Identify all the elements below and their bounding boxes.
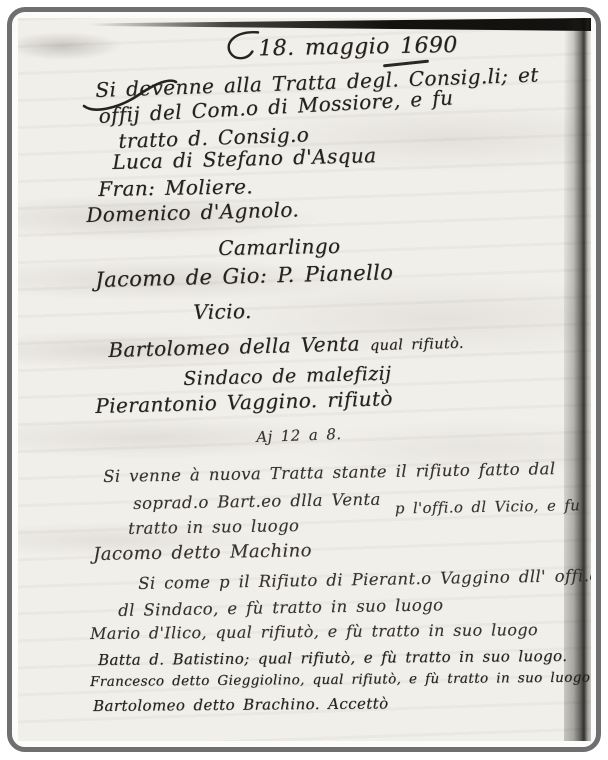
line-text: Si come p il Rifiuto di Pierant.o Vaggin… [138,566,591,593]
manuscript-paper: 18. maggio 1690 Si devenne alla Tratta d… [18,18,591,741]
line-margin-note: p l'offi.o dl Vicio, e fu [395,496,581,517]
manuscript-line: Pierantonio Vaggino. rifiutò [95,386,393,418]
manuscript-line: tratto in suo luogo [128,516,299,538]
manuscript-line: Fran: Moliere. [98,174,253,201]
line-text: soprad.o Bart.eo dlla Venta [133,490,381,513]
manuscript-line: Bartolomeo detto Brachino. Accettò [93,694,389,715]
flourish-swash-icon [222,29,263,64]
line-text: Aj 12 a 8. [256,425,342,446]
line-text: Batta d. Batistino; qual rifiutò, e fù t… [98,647,567,669]
line-text: tratto in suo luogo [128,516,299,538]
line-text: Mario d'Ilico, qual rifiutò, e fù tratto… [90,620,538,643]
page-right-edge-shadow [564,18,591,741]
line-text: Domenico d'Agnolo. [86,197,299,227]
manuscript-line: Domenico d'Agnolo. [86,197,299,227]
date-text: 18. maggio 1690 [258,33,458,61]
manuscript-line: dl Sindaco, e fù tratto in suo luogo [118,595,444,620]
line-text: dl Sindaco, e fù tratto in suo luogo [118,595,444,620]
date-heading: 18. maggio 1690 [222,26,458,64]
line-text: Pierantonio Vaggino. rifiutò [95,386,393,418]
manuscript-line: Francesco detto Gieggiolino, qual rifiut… [90,669,591,690]
line-text: Si venne à nuova Tratta stante il rifiut… [103,459,556,486]
line-text: Jacomo detto Machino [93,540,312,565]
manuscript-line: Aj 12 a 8. [256,425,342,446]
line-text: Bartolomeo detto Brachino. Accettò [93,694,389,715]
manuscript-line: Jacomo de Gio: P. Pianello [95,260,394,292]
manuscript-line: soprad.o Bart.eo dlla Ventap l'offi.o dl… [133,486,566,513]
line-text: Camarlingo [218,234,341,260]
manuscript-line: Jacomo detto Machino [93,540,312,565]
manuscript-line: Bartolomeo della Ventaqual rifiutò. [108,329,464,362]
manuscript-line: Mario d'Ilico, qual rifiutò, e fù tratto… [90,620,538,643]
scanned-page: 18. maggio 1690 Si devenne alla Tratta d… [0,0,608,760]
manuscript-line: Vicio. [193,299,252,324]
line-text: Francesco detto Gieggiolino, qual rifiut… [90,669,591,690]
line-text: Vicio. [193,299,252,324]
line-margin-note: qual rifiutò. [370,336,464,354]
line-text: Fran: Moliere. [98,174,253,201]
manuscript-line: Si come p il Rifiuto di Pierant.o Vaggin… [138,566,591,593]
manuscript-line: Camarlingo [218,234,341,260]
scan-border-frame: 18. maggio 1690 Si devenne alla Tratta d… [7,7,601,752]
line-text: Sindaco de malefizij [183,363,392,390]
line-text: Bartolomeo della Venta [108,331,360,362]
manuscript-line: Batta d. Batistino; qual rifiutò, e fù t… [98,647,567,669]
manuscript-line: Sindaco de malefizij [183,363,392,390]
manuscript-line: Si venne à nuova Tratta stante il rifiut… [103,459,556,486]
line-text: Jacomo de Gio: P. Pianello [95,260,394,292]
